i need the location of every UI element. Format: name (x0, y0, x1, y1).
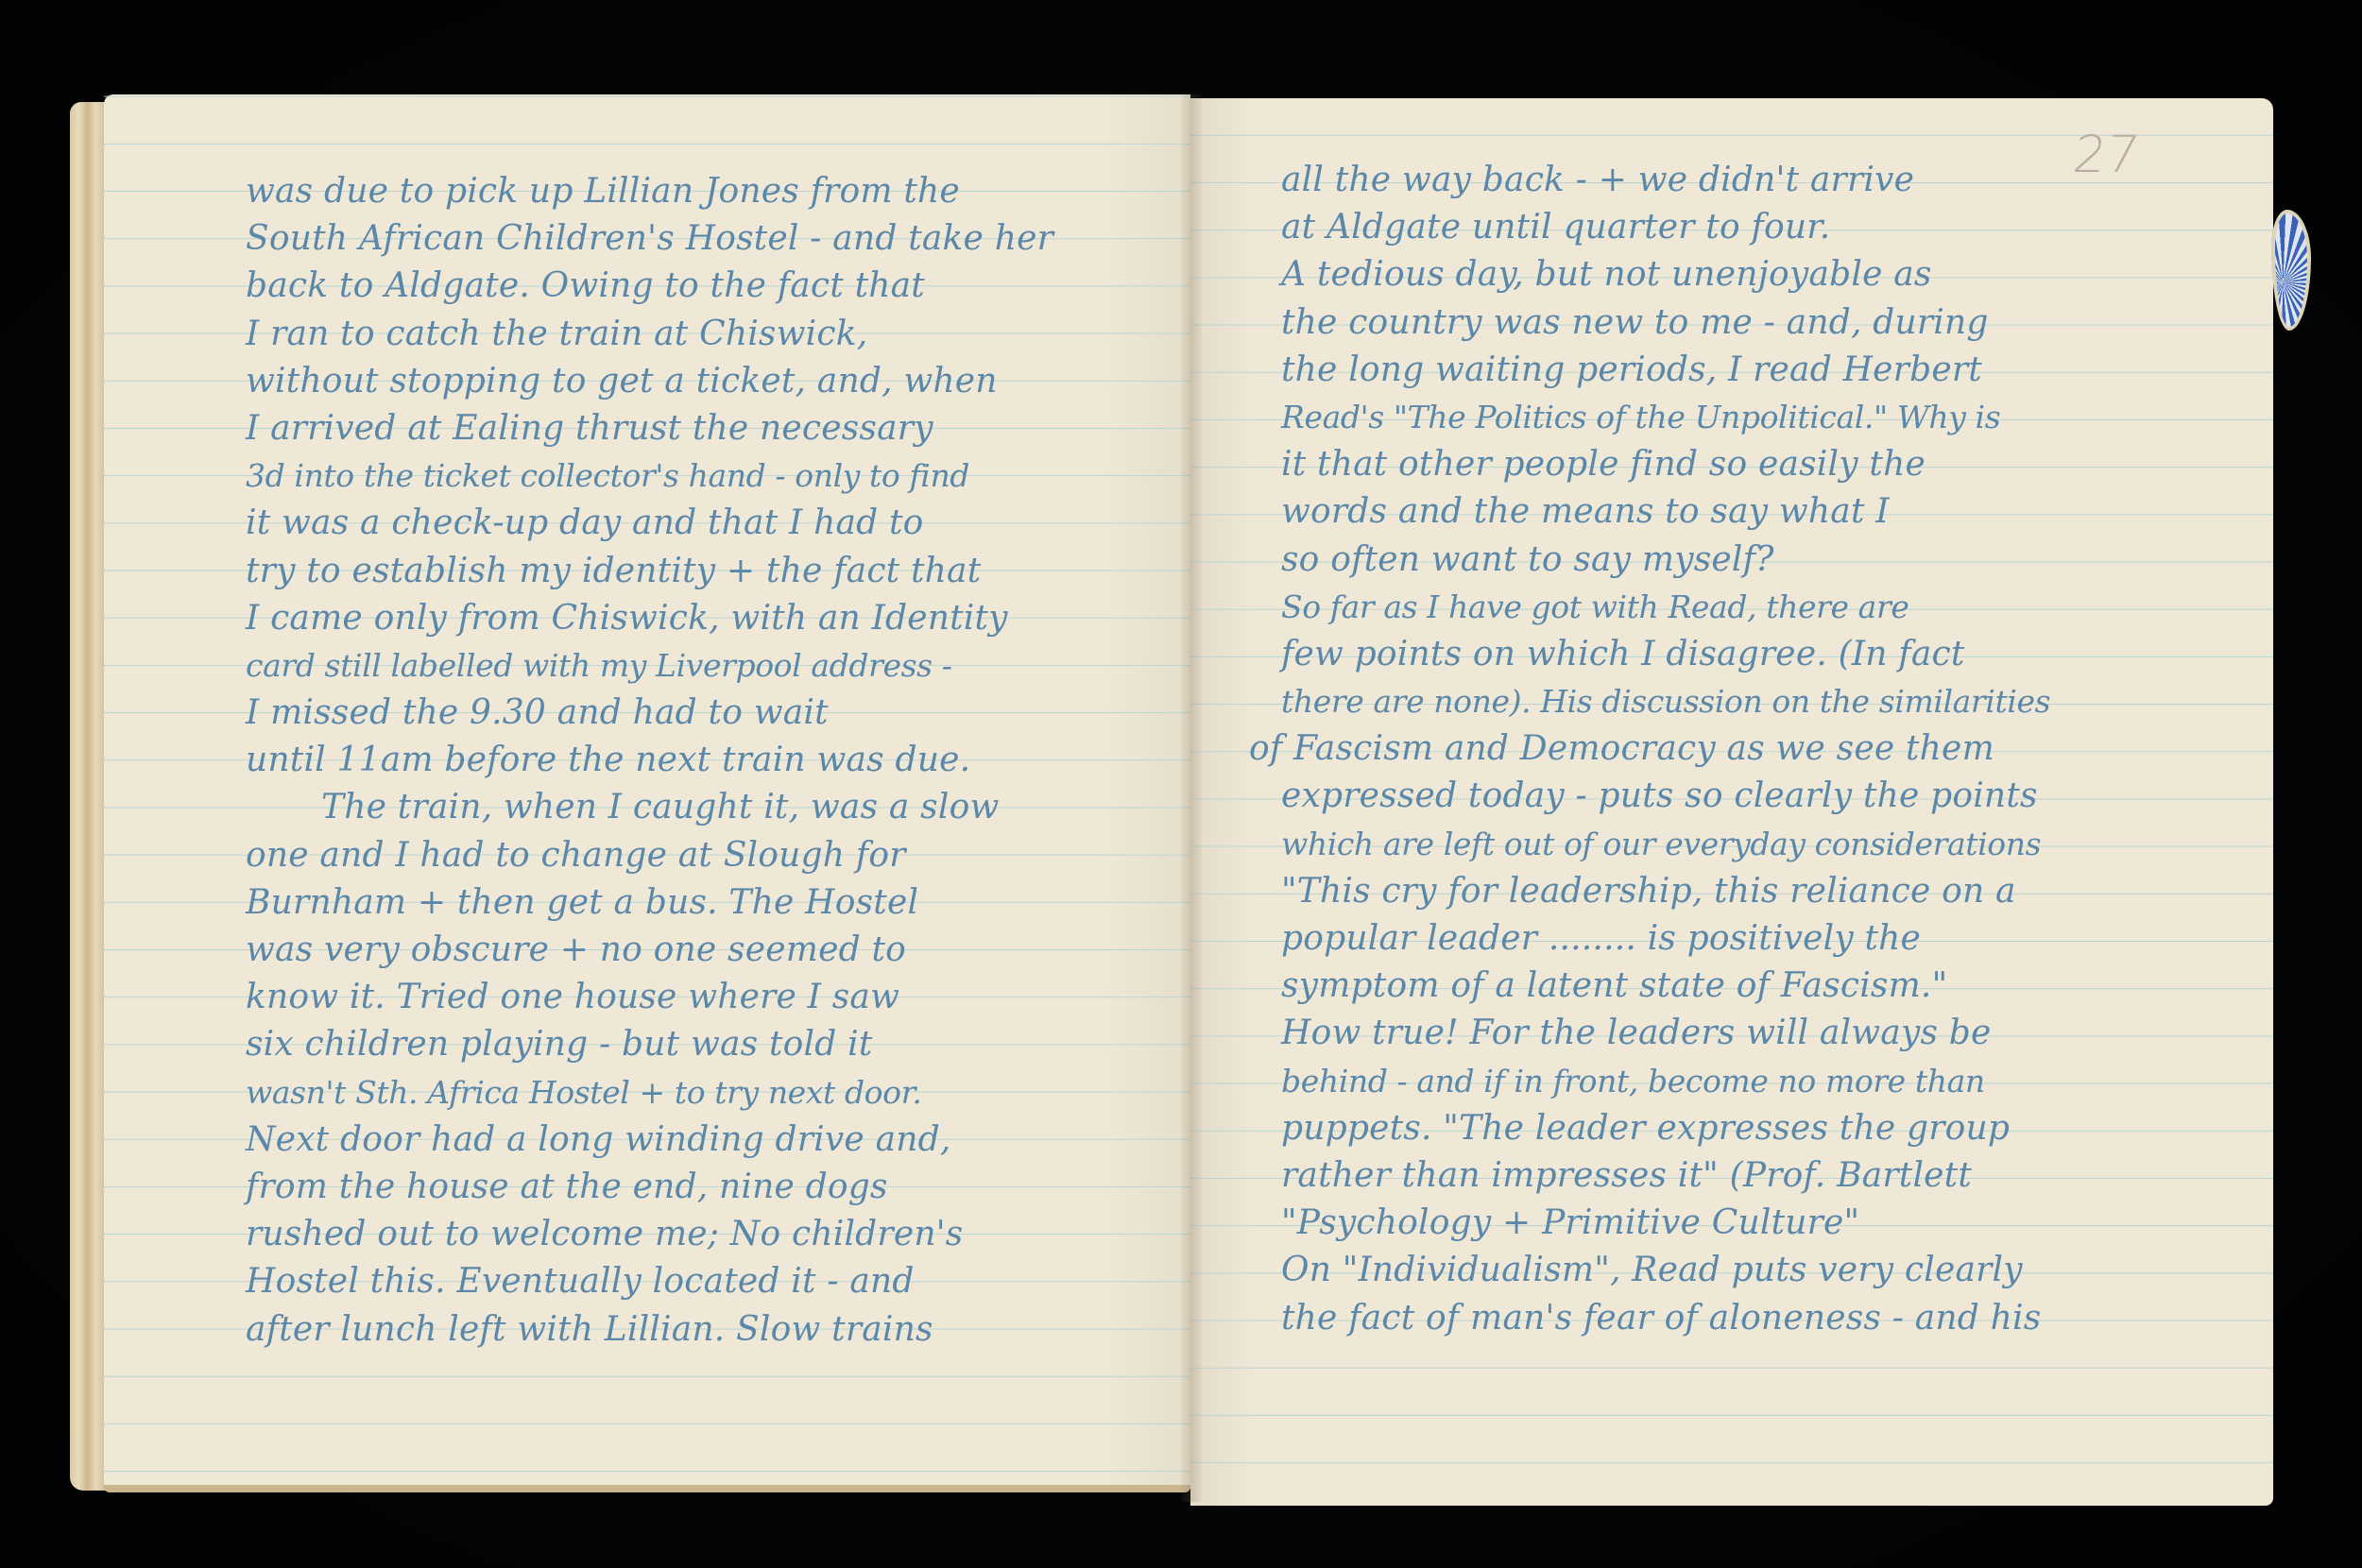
handwritten-line: wasn't Sth. Africa Hostel + to try next … (246, 1069, 1190, 1116)
handwritten-line: words and the means to say what I (1281, 488, 2264, 536)
handwritten-line: I ran to catch the train at Chiswick, (246, 311, 1190, 358)
left-page-handwriting: was due to pick up Lillian Jones from th… (246, 168, 1190, 1354)
handwritten-line: few points on which I disagree. (In fact (1281, 631, 2264, 678)
handwritten-line: A tedious day, but not unenjoyable as (1281, 251, 2264, 298)
handwritten-line: at Aldgate until quarter to four. (1281, 204, 2264, 251)
handwritten-line: it was a check-up day and that I had to (246, 500, 1190, 547)
handwritten-line: I missed the 9.30 and had to wait (246, 690, 1190, 737)
handwritten-line: without stopping to get a ticket, and, w… (246, 358, 1190, 405)
handwritten-line: so often want to say myself? (1281, 537, 2264, 584)
handwritten-line: Read's "The Politics of the Unpolitical.… (1281, 394, 2264, 441)
handwritten-line: the long waiting periods, I read Herbert (1281, 347, 2264, 394)
right-page-handwriting: all the way back - + we didn't arrive at… (1281, 157, 2264, 1342)
handwritten-line: "This cry for leadership, this reliance … (1281, 868, 2264, 915)
handwritten-line: there are none). His discussion on the s… (1281, 678, 2264, 725)
handwritten-line: popular leader ........ is positively th… (1281, 915, 2264, 963)
handwritten-line: was very obscure + no one seemed to (246, 927, 1190, 974)
handwritten-line: Burnham + then get a bus. The Hostel (246, 879, 1190, 927)
handwritten-line: The train, when I caught it, was a slow (246, 784, 1190, 831)
handwritten-line: from the house at the end, nine dogs (246, 1164, 1190, 1211)
handwritten-line: Hostel this. Eventually located it - and (246, 1258, 1190, 1305)
handwritten-line: the country was new to me - and, during (1281, 299, 2264, 347)
handwritten-line: until 11am before the next train was due… (246, 737, 1190, 784)
handwritten-line: I came only from Chiswick, with an Ident… (246, 595, 1190, 642)
handwritten-line: behind - and if in front, become no more… (1281, 1058, 2264, 1105)
handwritten-line: South African Children's Hostel - and ta… (246, 215, 1190, 263)
handwritten-line: back to Aldgate. Owing to the fact that (246, 263, 1190, 310)
handwritten-line: How true! For the leaders will always be (1281, 1010, 2264, 1057)
handwritten-line: of Fascism and Democracy as we see them (1249, 725, 2264, 773)
right-page: 27 all the way back - + we didn't arrive… (1190, 98, 2273, 1506)
handwritten-line: I arrived at Ealing thrust the necessary (246, 405, 1190, 452)
handwritten-line: after lunch left with Lillian. Slow trai… (246, 1306, 1190, 1354)
handwritten-line: all the way back - + we didn't arrive (1281, 157, 2264, 204)
left-page-bottom-edge (104, 1485, 1190, 1492)
handwritten-line: it that other people find so easily the (1281, 441, 2264, 488)
handwritten-line: On "Individualism", Read puts very clear… (1281, 1247, 2264, 1294)
handwritten-line: which are left out of our everyday consi… (1281, 821, 2264, 868)
handwritten-line: "Psychology + Primitive Culture" (1281, 1200, 2264, 1247)
handwritten-line: was due to pick up Lillian Jones from th… (246, 168, 1190, 215)
handwritten-line: try to establish my identity + the fact … (246, 548, 1190, 595)
handwritten-line: So far as I have got with Read, there ar… (1281, 584, 2264, 631)
handwritten-line: puppets. "The leader expresses the group (1281, 1105, 2264, 1152)
handwritten-line: the fact of man's fear of aloneness - an… (1281, 1295, 2264, 1342)
handwritten-line: Next door had a long winding drive and, (246, 1116, 1190, 1164)
handwritten-line: 3d into the ticket collector's hand - on… (246, 452, 1190, 500)
left-page: was due to pick up Lillian Jones from th… (104, 94, 1190, 1489)
handwritten-line: know it. Tried one house where I saw (246, 974, 1190, 1021)
handwritten-line: symptom of a latent state of Fascism." (1281, 963, 2264, 1010)
handwritten-line: rather than impresses it" (Prof. Bartlet… (1281, 1152, 2264, 1200)
handwritten-line: six children playing - but was told it (246, 1021, 1190, 1068)
handwritten-line: card still labelled with my Liverpool ad… (246, 642, 1190, 690)
handwritten-line: rushed out to welcome me; No children's (246, 1211, 1190, 1258)
handwritten-line: expressed today - puts so clearly the po… (1281, 773, 2264, 820)
handwritten-line: one and I had to change at Slough for (246, 832, 1190, 879)
